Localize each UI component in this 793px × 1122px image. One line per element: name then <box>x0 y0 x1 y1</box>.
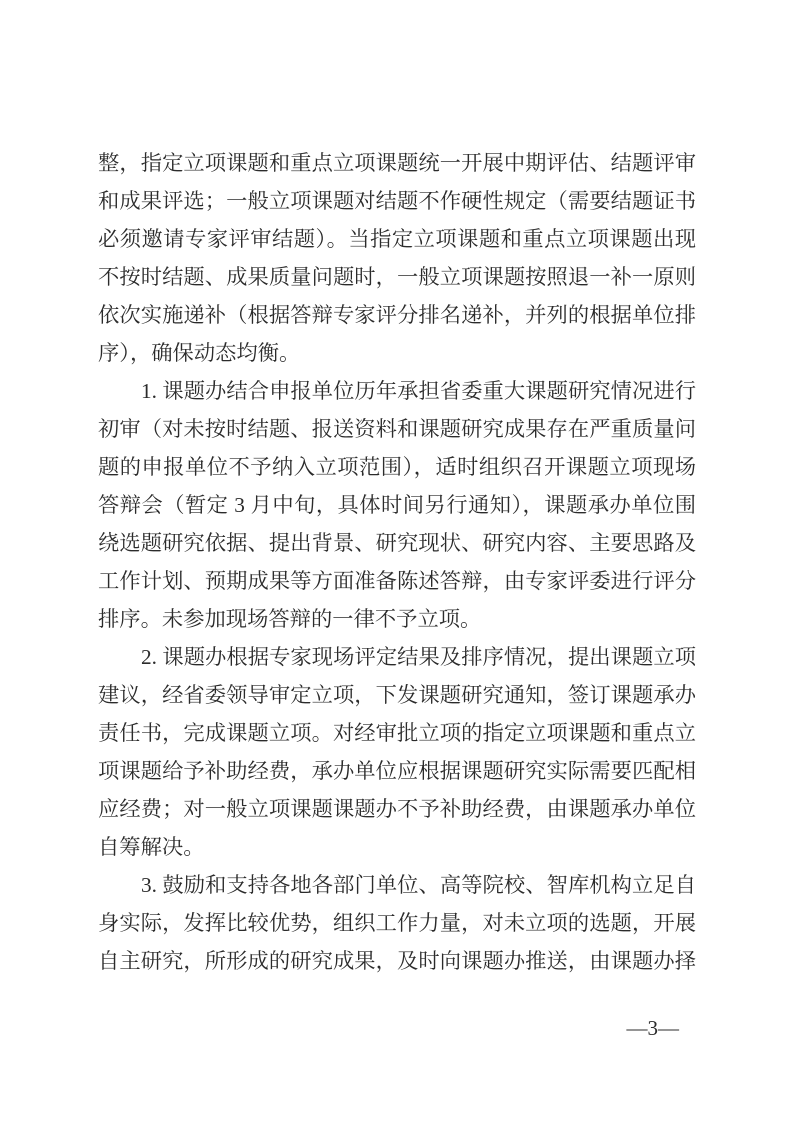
text-line: 工作计划、预期成果等方面准备陈述答辩，由专家评委进行评分 <box>98 562 696 600</box>
text-line: 和成果评选；一般立项课题对结题不作硬性规定（需要结题证书 <box>98 182 696 220</box>
text-line: 整，指定立项课题和重点立项课题统一开展中期评估、结题评审 <box>98 144 696 182</box>
page-number: —3— <box>627 1015 680 1041</box>
text-line: 必须邀请专家评审结题）。当指定立项课题和重点立项课题出现 <box>98 220 696 258</box>
text-line: 建议，经省委领导审定立项，下发课题研究通知，签订课题承办 <box>98 676 696 714</box>
text-line: 排序。未参加现场答辩的一律不予立项。 <box>98 600 696 638</box>
text-line: 项课题给予补助经费，承办单位应根据课题研究实际需要匹配相 <box>98 752 696 790</box>
text-line: 1. 课题办结合申报单位历年承担省委重大课题研究情况进行 <box>98 372 696 410</box>
text-line: 序），确保动态均衡。 <box>98 334 696 372</box>
document-page: 整，指定立项课题和重点立项课题统一开展中期评估、结题评审 和成果评选；一般立项课… <box>0 0 793 1122</box>
text-line: 应经费；对一般立项课题课题办不予补助经费，由课题承办单位 <box>98 790 696 828</box>
text-line: 绕选题研究依据、提出背景、研究现状、研究内容、主要思路及 <box>98 524 696 562</box>
text-line: 依次实施递补（根据答辩专家评分排名递补，并列的根据单位排 <box>98 296 696 334</box>
text-line: 自主研究，所形成的研究成果，及时向课题办推送，由课题办择 <box>98 942 696 980</box>
text-line: 不按时结题、成果质量问题时，一般立项课题按照退一补一原则 <box>98 258 696 296</box>
text-line: 身实际，发挥比较优势，组织工作力量，对未立项的选题，开展 <box>98 904 696 942</box>
document-body: 整，指定立项课题和重点立项课题统一开展中期评估、结题评审 和成果评选；一般立项课… <box>98 144 696 980</box>
text-line: 2. 课题办根据专家现场评定结果及排序情况，提出课题立项 <box>98 638 696 676</box>
text-line: 答辩会（暂定 3 月中旬，具体时间另行通知），课题承办单位围 <box>98 486 696 524</box>
text-line: 题的申报单位不予纳入立项范围），适时组织召开课题立项现场 <box>98 448 696 486</box>
text-line: 自筹解决。 <box>98 828 696 866</box>
text-line: 责任书，完成课题立项。对经审批立项的指定立项课题和重点立 <box>98 714 696 752</box>
text-line: 初审（对未按时结题、报送资料和课题研究成果存在严重质量问 <box>98 410 696 448</box>
text-line: 3. 鼓励和支持各地各部门单位、高等院校、智库机构立足自 <box>98 866 696 904</box>
